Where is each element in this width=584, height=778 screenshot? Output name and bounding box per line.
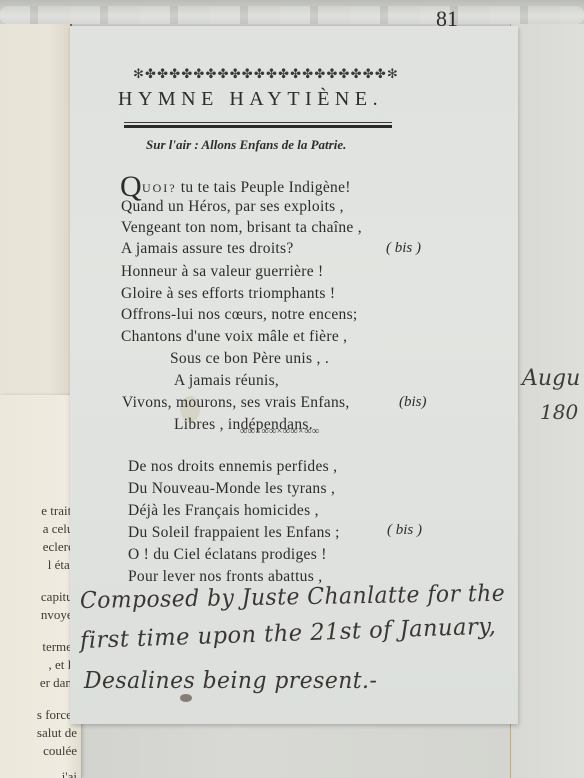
stanza-divider-ornament: ∞∞×∞∞×∞∞×∞∞ — [240, 426, 319, 437]
bis-marker: (bis) — [399, 394, 427, 411]
verse-line: Du Nouveau-Monde les tyrans , — [128, 480, 335, 498]
verse-line: Vengeant ton nom, brisant ta chaîne , — [121, 219, 362, 237]
verse-line: Vivons, mourons, ses vrais Enfans, — [122, 394, 350, 412]
verse-line: O ! du Ciel éclatans prodiges ! — [128, 546, 327, 564]
left-fragment: salut de — [37, 725, 77, 741]
verse-line: Chantons d'une voix mâle et fière , — [121, 328, 347, 346]
bis-marker: ( bis ) — [386, 240, 421, 257]
verse-line: A jamais assure tes droits? — [121, 240, 294, 258]
verse-line: Déjà les Français homicides , — [128, 502, 319, 520]
verse-line: Du Soleil frappaient les Enfans ; — [128, 524, 340, 542]
verse-line-indented: Sous ce bon Père unis , . — [170, 350, 329, 368]
verse-line: Honneur à sa valeur guerrière ! — [121, 263, 324, 281]
page-number: 81 — [436, 6, 458, 32]
handwritten-note-line: Desalines being present.- — [84, 668, 377, 694]
first-line-rest: tu te tais Peuple Indigène! — [177, 179, 351, 196]
verse-line: Offrons-lui nos cœurs, notre encens; — [121, 306, 358, 324]
title-double-rule — [124, 122, 392, 128]
margin-handwriting-month: Augu — [522, 366, 580, 391]
tune-subtitle: Sur l'air : Allons Enfans de la Patrie. — [146, 137, 346, 153]
left-fragment: j'ai — [62, 769, 77, 778]
ink-blot — [180, 694, 192, 702]
hymn-title: HYMNE HAYTIÈNE. — [118, 88, 383, 111]
first-word-smallcaps: UOI? — [142, 181, 177, 195]
verse-line: Quand un Héros, par ses exploits , — [121, 198, 344, 216]
left-fragment: coulée — [43, 743, 77, 759]
ornament-row: ✻✤✤✤✤✤✤✤✤✤✤✤✤✤✤✤✤✤✤✤✤✻ — [120, 66, 412, 82]
verse-line-indented: A jamais réunis, — [174, 372, 279, 390]
verse-line: De nos droits ennemis perfides , — [128, 458, 337, 476]
margin-handwriting-year: 180 — [540, 400, 578, 424]
verse-line: Gloire à ses efforts triomphants ! — [121, 285, 335, 303]
bis-marker: ( bis ) — [387, 522, 422, 539]
